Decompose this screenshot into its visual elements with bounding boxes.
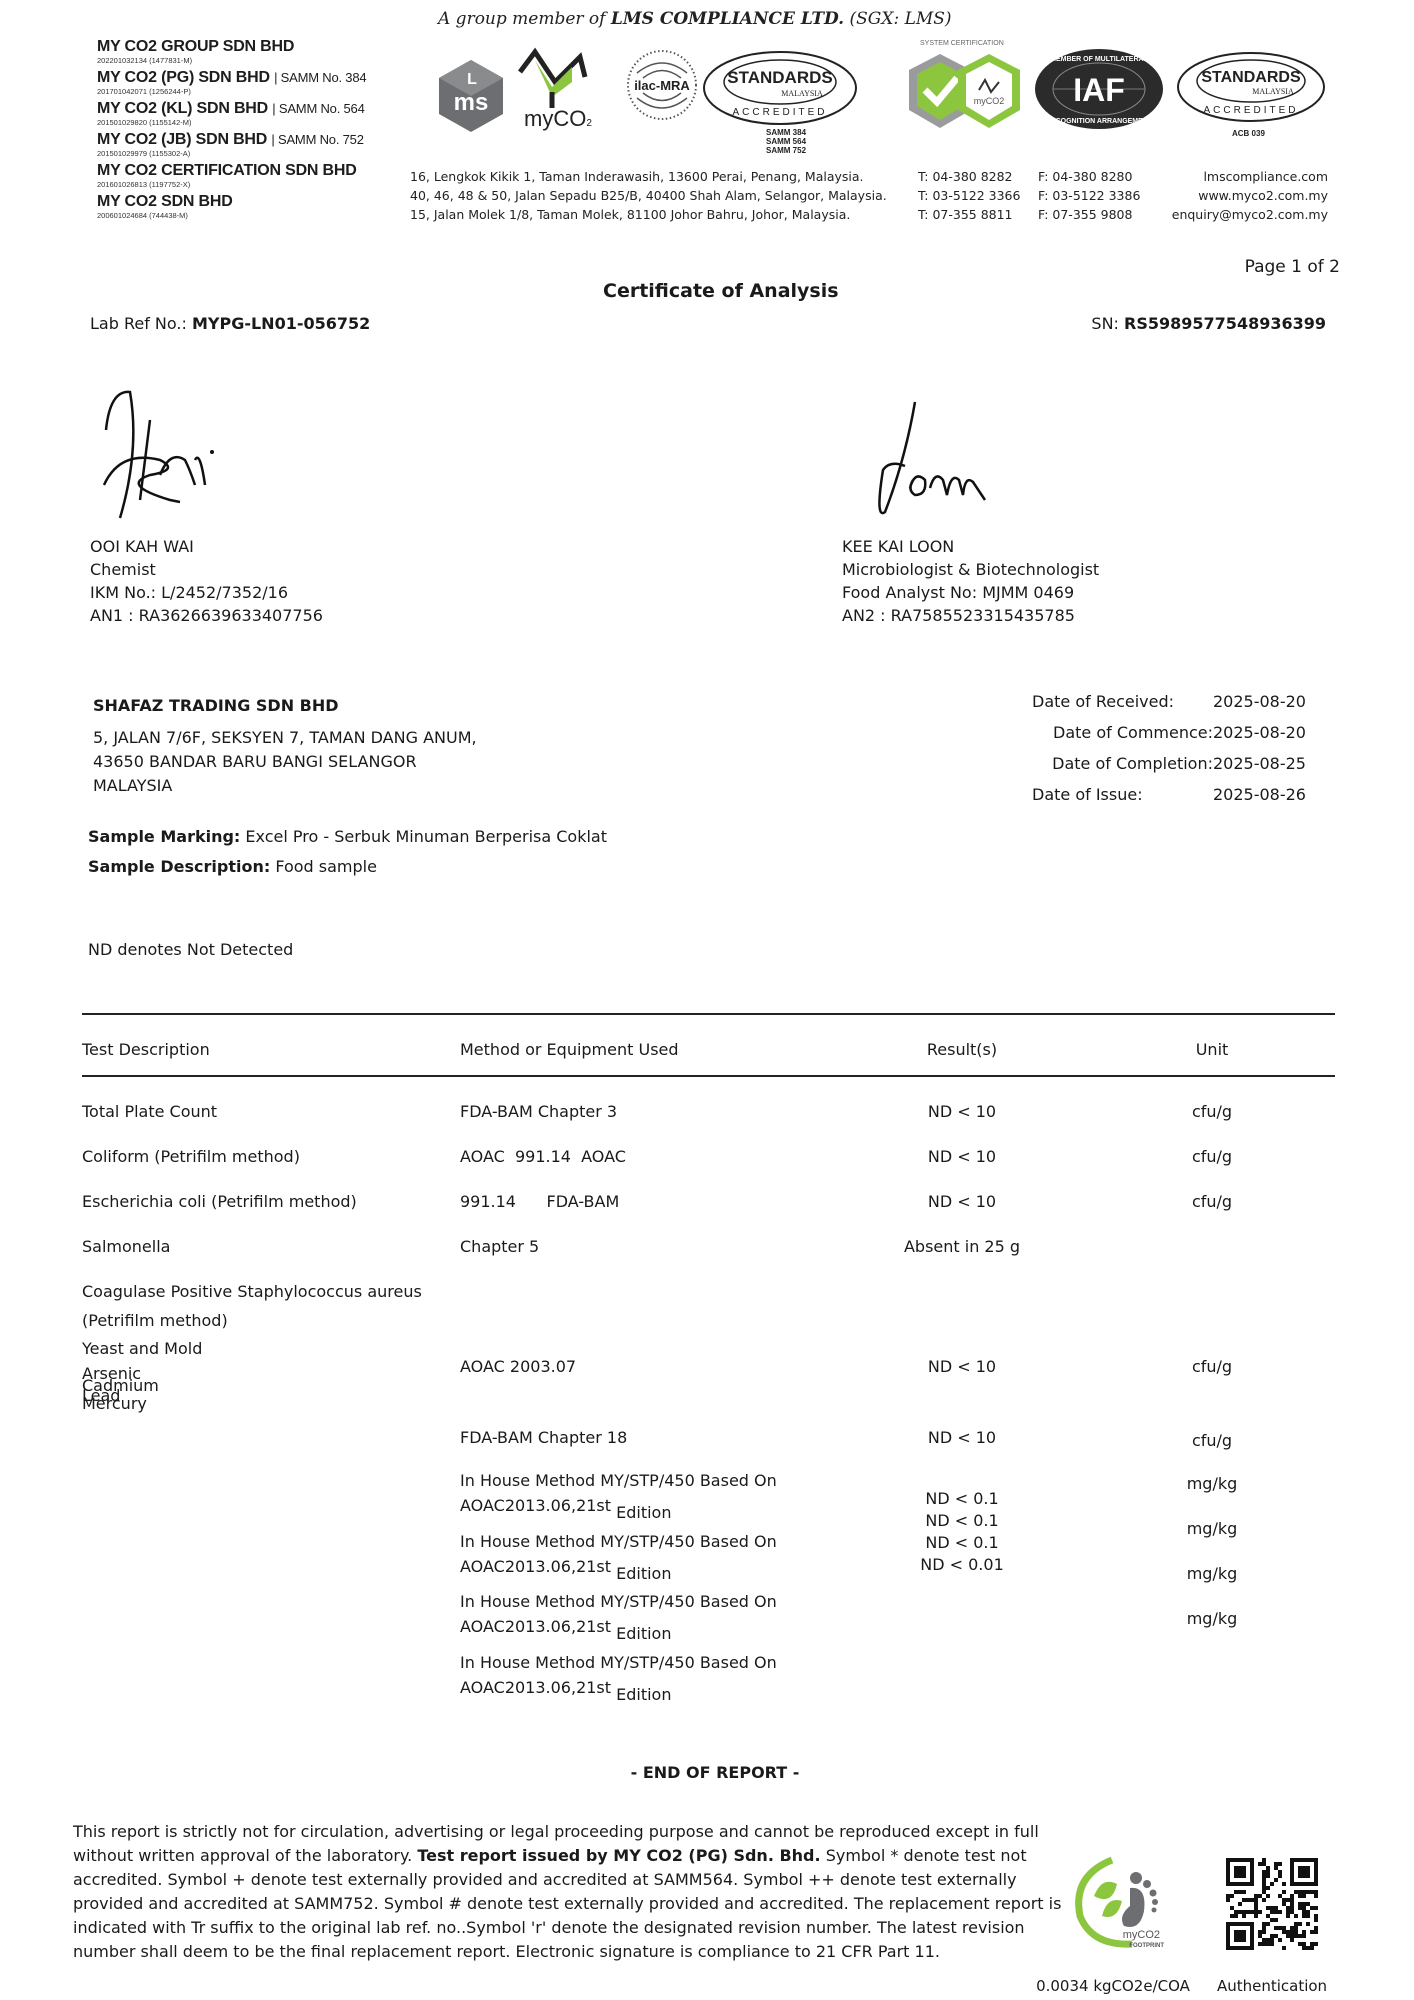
client-address-line: 5, JALAN 7/6F, SEKSYEN 7, TAMAN DANG ANU… [93, 726, 477, 750]
result-cell: ND < 10 [928, 1102, 996, 1121]
ilac-mra-logo-icon: ilac-MRA [625, 48, 700, 123]
company-reg: 201701042071 (1256244-P) [97, 87, 366, 96]
svg-text:IAF: IAF [1073, 72, 1125, 108]
company-name: MY CO2 GROUP SDN BHD [97, 38, 366, 56]
unit-cell: cfu/g [1192, 1357, 1232, 1376]
group-tagline: A group member of LMS COMPLIANCE LTD. (S… [438, 9, 952, 29]
svg-text:ACCREDITED: ACCREDITED [1203, 105, 1298, 116]
tagline-suffix: (SGX: LMS) [850, 9, 952, 29]
disclaimer: This report is strictly not for circulat… [73, 1820, 1063, 1964]
signatory-role: Microbiologist & Biotechnologist [842, 558, 1099, 581]
signatory-an-number: AN2 : RA7585523315435785 [842, 604, 1099, 627]
sample-marking-value: Excel Pro - Serbuk Minuman Berperisa Cok… [245, 827, 607, 846]
web-contacts: lmscompliance.com www.myco2.com.my enqui… [1172, 167, 1328, 224]
lab-ref-value: MYPG-LN01-056752 [192, 314, 370, 333]
sample-description-value: Food sample [275, 857, 377, 876]
result-cell: ND < 0.1 ND < 0.1 ND < 0.1 ND < 0.01 [920, 1488, 1004, 1576]
address-line: 15, Jalan Molek 1/8, Taman Molek, 81100 … [410, 205, 887, 224]
tagline-prefix: A group member of [438, 9, 605, 29]
system-certification-logo-icon: myCO2 [905, 50, 1025, 135]
method-edition: Edition [616, 1685, 671, 1704]
svg-text:L: L [467, 71, 477, 88]
samm-list: SAMM 384 SAMM 564 SAMM 752 [766, 128, 806, 155]
iaf-logo-icon: IAF MEMBER OF MULTILATERAL RECOGNITION A… [1033, 47, 1165, 131]
end-of-report: - END OF REPORT - [631, 1763, 800, 1782]
myco2-logo-icon: myCO2 [510, 42, 610, 132]
page-number: Page 1 of 2 [1245, 257, 1340, 277]
method-line: In House Method MY/STP/450 Based On [460, 1529, 777, 1554]
result-cadmium: ND < 0.1 [920, 1510, 1004, 1532]
header-test-description: Test Description [82, 1040, 210, 1059]
svg-text:MALAYSIA: MALAYSIA [781, 89, 823, 98]
company-reg: 202201032134 (1477831-M) [97, 56, 366, 65]
method-line: In House Method MY/STP/450 Based On [460, 1650, 777, 1675]
date-commence: Date of Commence: 2025-08-20 [1032, 717, 1306, 748]
svg-text:STANDARDS: STANDARDS [727, 68, 832, 87]
company-name: MY CO2 (KL) SDN BHD [97, 100, 268, 117]
carbon-footprint-value: 0.0034 kgCO2e/COA [1036, 1977, 1190, 1995]
method-line: AOAC2013.06,21st Edition [460, 1675, 777, 1700]
samm-item: SAMM 384 [766, 128, 806, 137]
svg-text:myCO2: myCO2 [1123, 1929, 1160, 1941]
method-edition: Edition [616, 1624, 671, 1643]
company-entry: MY CO2 (KL) SDN BHD | SAMM No. 564 20150… [97, 100, 366, 131]
dates-block: Date of Received: 2025-08-20 Date of Com… [1032, 686, 1306, 810]
company-entry: MY CO2 CERTIFICATION SDN BHD 20160102681… [97, 162, 366, 193]
company-name: MY CO2 CERTIFICATION SDN BHD [97, 162, 366, 180]
date-label: Date of Issue: [1032, 779, 1213, 810]
result-cell: Absent in 25 g [904, 1237, 1020, 1256]
date-value: 2025-08-26 [1213, 779, 1306, 810]
fax-line: F: 03-5122 3386 [1038, 186, 1140, 205]
test-salmonella: Salmonella [82, 1237, 170, 1256]
signatory-chemist: OOI KAH WAI Chemist IKM No.: L/2452/7352… [90, 535, 323, 627]
method-cell: 991.14 FDA-BAM [460, 1192, 619, 1211]
samm-item: SAMM 564 [766, 137, 806, 146]
method-ref: AOAC2013.06,21st [460, 1557, 611, 1576]
address-line: 40, 46, 48 & 50, Jalan Sepadu B25/B, 404… [410, 186, 887, 205]
company-reg: 201501029820 (1155142-M) [97, 118, 366, 127]
svg-text:ilac-MRA: ilac-MRA [634, 78, 690, 93]
standards-malaysia-acb-logo-icon: STANDARDS MALAYSIA ACCREDITED [1175, 47, 1327, 127]
method-ref: AOAC2013.06,21st [460, 1617, 611, 1636]
method-cell: Chapter 5 [460, 1237, 539, 1256]
date-value: 2025-08-25 [1213, 748, 1306, 779]
method-ref: AOAC2013.06,21st [460, 1496, 611, 1515]
method-cell: In House Method MY/STP/450 Based On AOAC… [460, 1529, 777, 1579]
svg-text:STANDARDS: STANDARDS [1201, 69, 1301, 86]
svg-text:ACCREDITED: ACCREDITED [732, 107, 827, 118]
date-value: 2025-08-20 [1213, 717, 1306, 748]
sample-description: Sample Description: Food sample [88, 852, 607, 882]
date-label: Date of Commence: [1032, 717, 1213, 748]
unit-cell: mg/kg [1187, 1474, 1238, 1493]
company-reg: 201501029979 (1155302-A) [97, 149, 366, 158]
test-yeast-mold: Yeast and Mold [82, 1339, 202, 1358]
date-label: Date of Completion: [1032, 748, 1213, 779]
result-cell: ND < 10 [928, 1357, 996, 1376]
svg-text:myCO2: myCO2 [524, 106, 592, 131]
method-cell: In House Method MY/STP/450 Based On AOAC… [460, 1589, 777, 1639]
fax-numbers: F: 04-380 8280 F: 03-5122 3386 F: 07-355… [1038, 167, 1140, 224]
company-reg: 200601024684 (744438-M) [97, 211, 366, 220]
method-cell: AOAC 991.14 AOAC [460, 1147, 626, 1166]
signatory-microbiologist: KEE KAI LOON Microbiologist & Biotechnol… [842, 535, 1099, 627]
date-issue: Date of Issue: 2025-08-26 [1032, 779, 1306, 810]
email-link[interactable]: enquiry@myco2.com.my [1172, 205, 1328, 224]
lms-logo-icon: ms L [436, 58, 506, 134]
website-link[interactable]: www.myco2.com.my [1172, 186, 1328, 205]
signatory-name: KEE KAI LOON [842, 535, 1099, 558]
company-entry: MY CO2 GROUP SDN BHD 202201032134 (14778… [97, 38, 366, 69]
sample-marking-label: Sample Marking: [88, 827, 240, 846]
signatory-ikm-number: IKM No.: L/2452/7352/16 [90, 581, 323, 604]
company-entry: MY CO2 SDN BHD 200601024684 (744438-M) [97, 193, 366, 224]
fax-line: F: 07-355 9808 [1038, 205, 1140, 224]
method-ref: AOAC2013.06,21st [460, 1678, 611, 1697]
signatory-name: OOI KAH WAI [90, 535, 323, 558]
header-results: Result(s) [927, 1040, 997, 1059]
lab-addresses: 16, Lengkok Kikik 1, Taman Inderawasih, … [410, 167, 887, 224]
client-address-line: MALAYSIA [93, 774, 477, 798]
samm-number: | SAMM No. 384 [274, 70, 366, 85]
test-coliform: Coliform (Petrifilm method) [82, 1147, 300, 1166]
svg-text:myCO2: myCO2 [974, 96, 1005, 106]
result-mercury: ND < 0.01 [920, 1554, 1004, 1576]
method-line: In House Method MY/STP/450 Based On [460, 1468, 777, 1493]
table-header-rule [82, 1075, 1335, 1077]
unit-cell: cfu/g [1192, 1192, 1232, 1211]
svg-text:FOOTPRINT: FOOTPRINT [1129, 1943, 1164, 1949]
test-e-coli: Escherichia coli (Petrifilm method) [82, 1192, 357, 1211]
tagline-company: LMS COMPLIANCE LTD. [611, 9, 844, 29]
sn-value: RS5989577548936399 [1124, 314, 1326, 333]
carbon-footprint-logo-icon: myCO2 FOOTPRINT [1072, 1856, 1172, 1951]
nd-note: ND denotes Not Detected [88, 940, 293, 959]
serial-number: SN: RS5989577548936399 [1091, 314, 1326, 333]
system-certification-label: SYSTEM CERTIFICATION [920, 40, 1004, 47]
result-cell: ND < 10 [928, 1192, 996, 1211]
phone-line: T: 04-380 8282 [918, 167, 1020, 186]
header-method: Method or Equipment Used [460, 1040, 679, 1059]
svg-text:MEMBER OF MULTILATERAL: MEMBER OF MULTILATERAL [1050, 56, 1148, 63]
unit-cell: cfu/g [1192, 1147, 1232, 1166]
samm-number: | SAMM No. 752 [271, 132, 363, 147]
sample-info: Sample Marking: Excel Pro - Serbuk Minum… [88, 822, 607, 882]
test-mercury: Mercury [82, 1394, 147, 1413]
result-cell: ND < 10 [928, 1428, 996, 1447]
address-line: 16, Lengkok Kikik 1, Taman Inderawasih, … [410, 167, 887, 186]
result-lead: ND < 0.1 [920, 1532, 1004, 1554]
lab-ref: Lab Ref No.: MYPG-LN01-056752 [90, 314, 370, 333]
method-line: AOAC2013.06,21st Edition [460, 1554, 777, 1579]
svg-text:MALAYSIA: MALAYSIA [1252, 87, 1294, 96]
disclaimer-issuer: Test report issued by MY CO2 (PG) Sdn. B… [417, 1846, 820, 1865]
method-line: In House Method MY/STP/450 Based On [460, 1589, 777, 1614]
unit-cell: mg/kg [1187, 1519, 1238, 1538]
unit-cell: cfu/g [1192, 1102, 1232, 1121]
method-cell: AOAC 2003.07 [460, 1357, 576, 1376]
website-link[interactable]: lmscompliance.com [1172, 167, 1328, 186]
date-received: Date of Received: 2025-08-20 [1032, 686, 1306, 717]
phone-numbers: T: 04-380 8282 T: 03-5122 3366 T: 07-355… [918, 167, 1020, 224]
authentication-label: Authentication [1217, 1977, 1327, 1995]
method-cell: FDA-BAM Chapter 18 [460, 1428, 627, 1447]
acb-number: ACB 039 [1232, 129, 1265, 138]
date-completion: Date of Completion: 2025-08-25 [1032, 748, 1306, 779]
method-edition: Edition [616, 1564, 671, 1583]
sample-marking: Sample Marking: Excel Pro - Serbuk Minum… [88, 822, 607, 852]
method-line: AOAC2013.06,21st Edition [460, 1614, 777, 1639]
signatory-analyst-number: Food Analyst No: MJMM 0469 [842, 581, 1099, 604]
document-title: Certificate of Analysis [603, 280, 839, 302]
result-arsenic: ND < 0.1 [920, 1488, 1004, 1510]
test-total-plate-count: Total Plate Count [82, 1102, 217, 1121]
authentication-qr-code[interactable] [1226, 1858, 1318, 1950]
company-name: MY CO2 (PG) SDN BHD [97, 69, 270, 86]
signatory-an-number: AN1 : RA3626639633407756 [90, 604, 323, 627]
lab-ref-label: Lab Ref No.: [90, 314, 187, 333]
company-reg: 201601026813 (1197752-X) [97, 180, 366, 189]
samm-item: SAMM 752 [766, 146, 806, 155]
method-edition: Edition [616, 1503, 671, 1522]
method-cell: FDA-BAM Chapter 3 [460, 1102, 617, 1121]
result-cell: ND < 10 [928, 1147, 996, 1166]
method-cell: In House Method MY/STP/450 Based On AOAC… [460, 1468, 777, 1518]
unit-cell: cfu/g [1192, 1431, 1232, 1450]
date-value: 2025-08-20 [1213, 686, 1306, 717]
signature-chemist [100, 390, 270, 520]
client-name: SHAFAZ TRADING SDN BHD [93, 694, 477, 718]
phone-line: T: 07-355 8811 [918, 205, 1020, 224]
sn-label: SN: [1091, 314, 1119, 333]
date-label: Date of Received: [1032, 686, 1213, 717]
company-name: MY CO2 (JB) SDN BHD [97, 131, 267, 148]
standards-malaysia-logo-icon: STANDARDS MALAYSIA ACCREDITED [700, 48, 860, 128]
company-name: MY CO2 SDN BHD [97, 193, 366, 211]
fax-line: F: 04-380 8280 [1038, 167, 1140, 186]
signatory-role: Chemist [90, 558, 323, 581]
test-staph-aureus: Coagulase Positive Staphylococcus aureus [82, 1282, 422, 1301]
header-unit: Unit [1196, 1040, 1229, 1059]
client-block: SHAFAZ TRADING SDN BHD 5, JALAN 7/6F, SE… [93, 694, 477, 798]
company-entry: MY CO2 (PG) SDN BHD | SAMM No. 384 20170… [97, 69, 366, 100]
unit-cell: mg/kg [1187, 1609, 1238, 1628]
svg-text:RECOGNITION ARRANGEMENT: RECOGNITION ARRANGEMENT [1046, 118, 1153, 125]
method-cell: In House Method MY/STP/450 Based On AOAC… [460, 1650, 777, 1700]
table-top-rule [82, 1013, 1335, 1015]
method-line: AOAC2013.06,21st Edition [460, 1493, 777, 1518]
company-list: MY CO2 GROUP SDN BHD 202201032134 (14778… [97, 38, 366, 224]
svg-text:ms: ms [454, 89, 489, 116]
phone-line: T: 03-5122 3366 [918, 186, 1020, 205]
signature-microbiologist [855, 400, 995, 520]
unit-cell: mg/kg [1187, 1564, 1238, 1583]
sample-description-label: Sample Description: [88, 857, 270, 876]
company-entry: MY CO2 (JB) SDN BHD | SAMM No. 752 20150… [97, 131, 366, 162]
client-address-line: 43650 BANDAR BARU BANGI SELANGOR [93, 750, 477, 774]
samm-number: | SAMM No. 564 [272, 101, 364, 116]
test-staph-aureus-method: (Petrifilm method) [82, 1311, 228, 1330]
